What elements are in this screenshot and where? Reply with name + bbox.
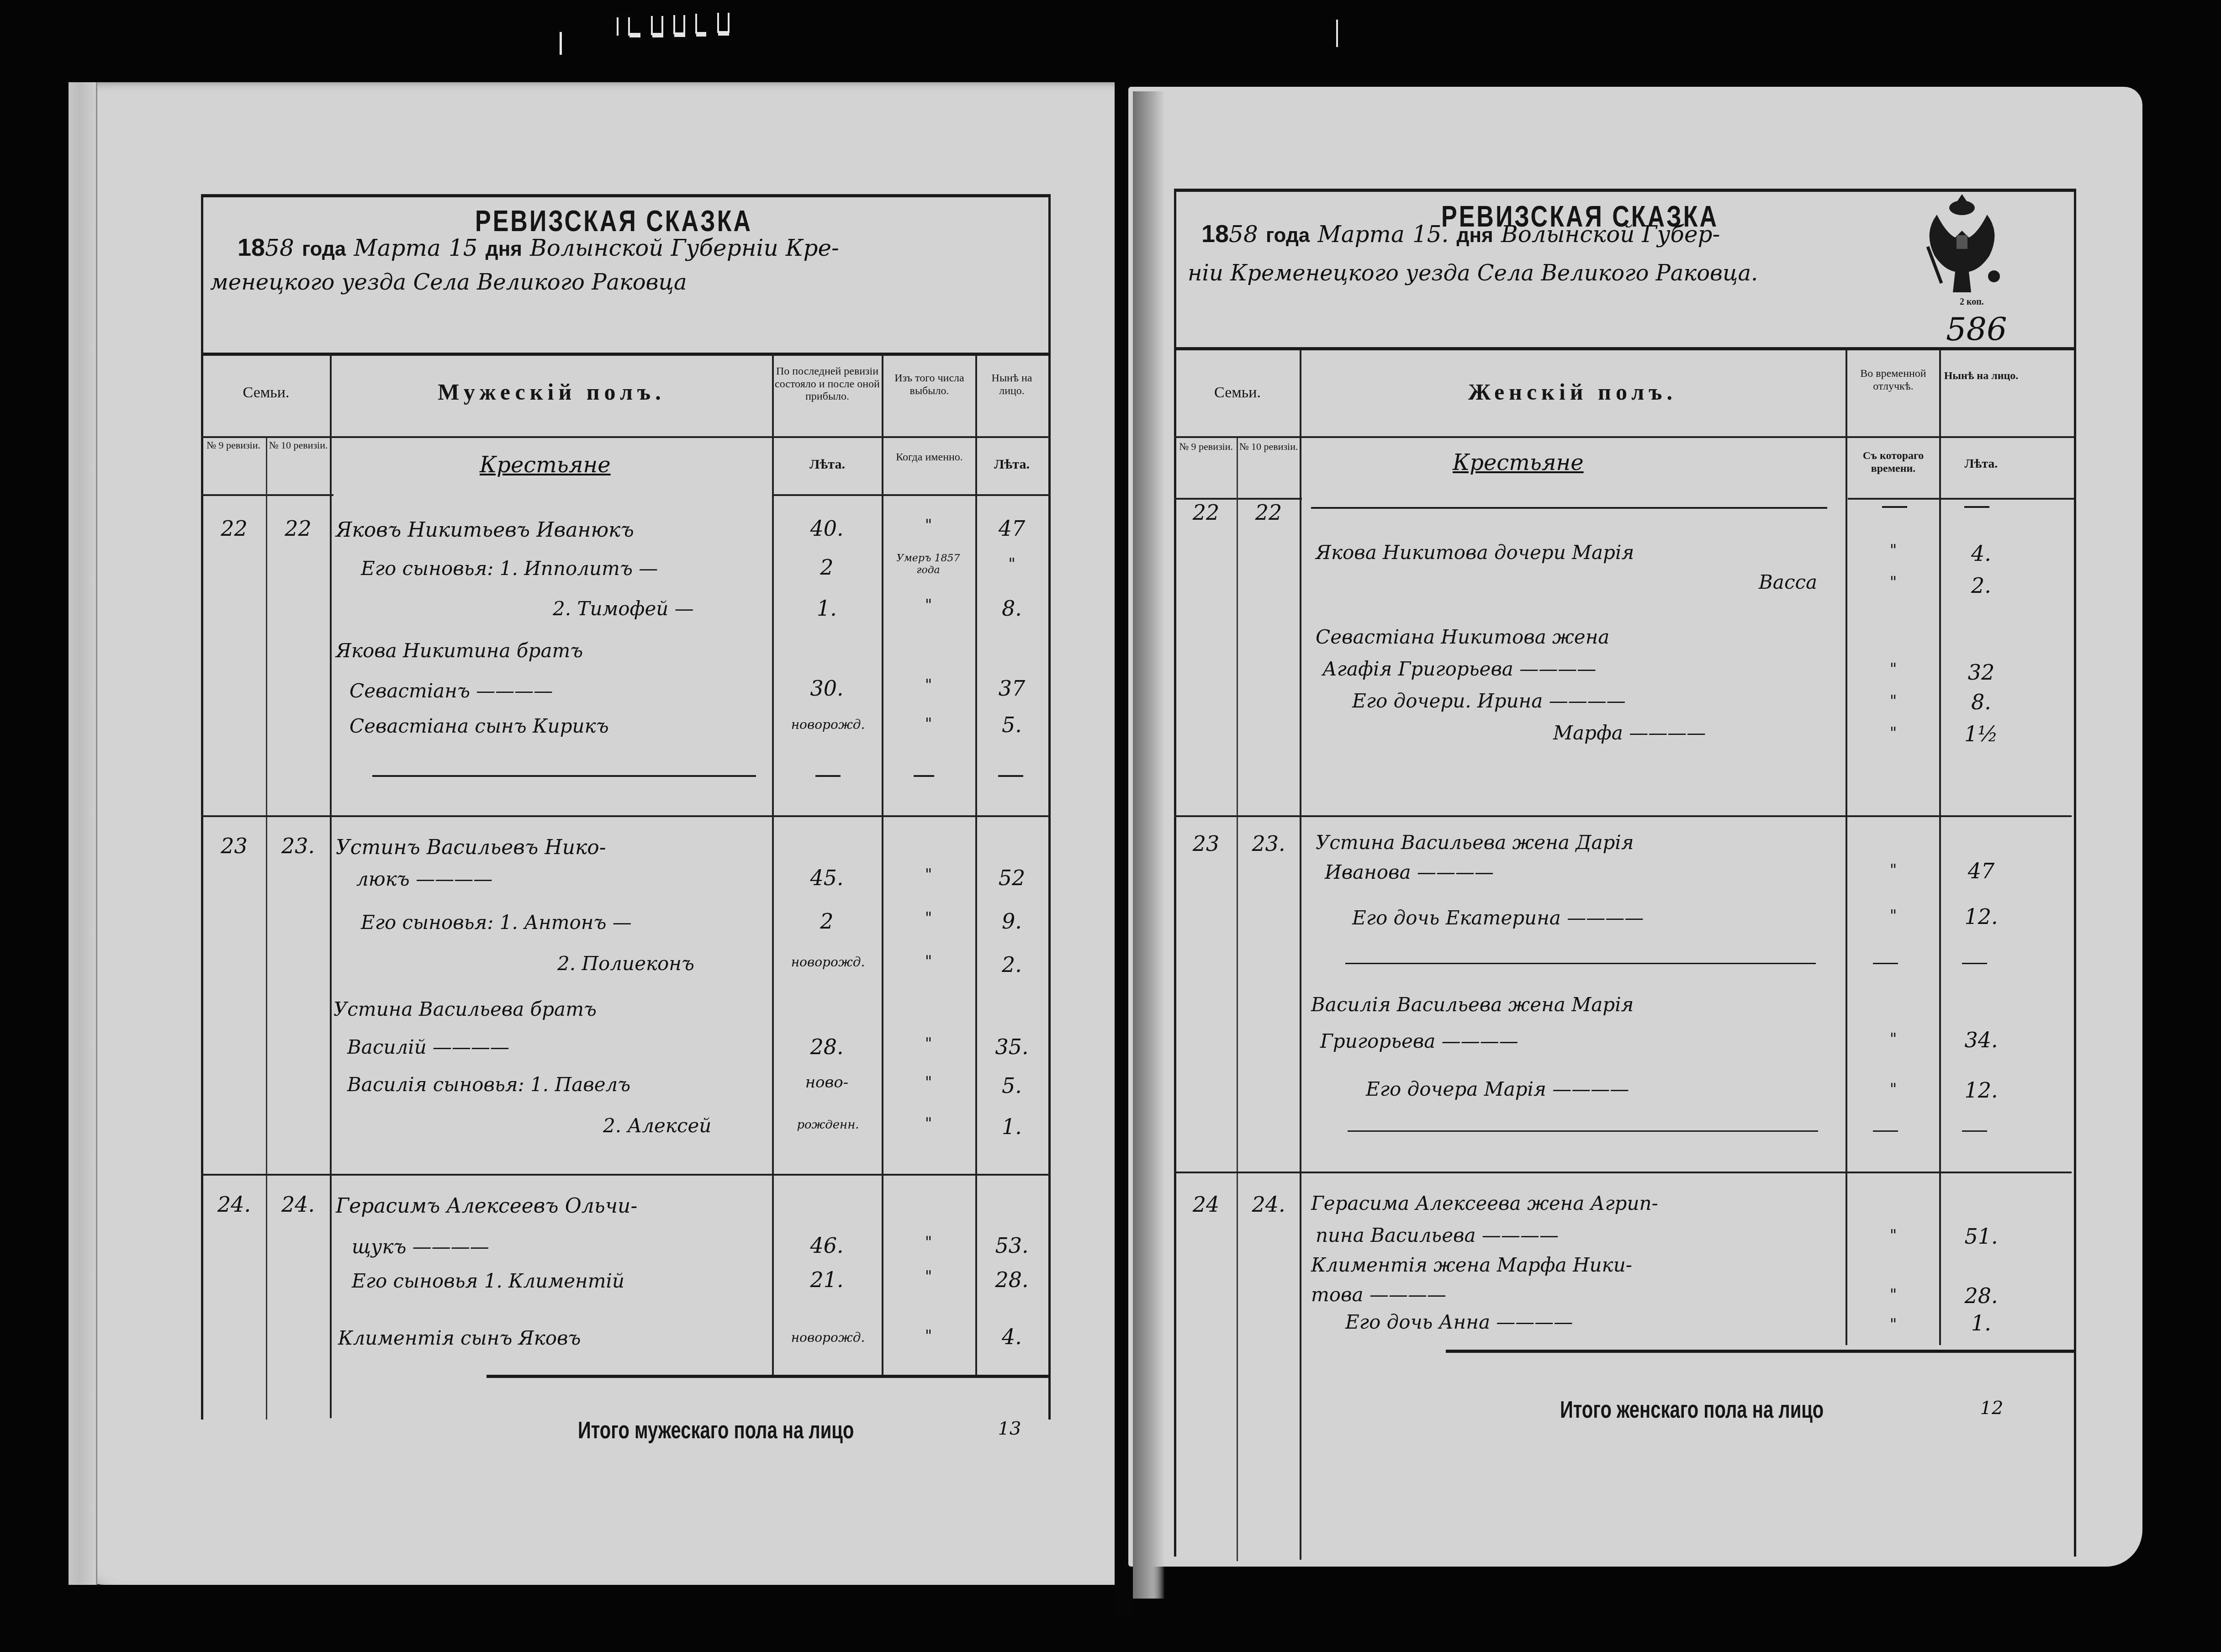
age-last: рожденн.: [774, 1118, 882, 1132]
departed-when: ": [884, 1267, 973, 1286]
closing-dash: [1962, 1130, 1987, 1132]
absent-since: ": [1849, 1226, 1938, 1245]
person-name: пина Васильева ————: [1316, 1224, 1559, 1246]
closing-line: [1345, 963, 1816, 964]
rev10-number: 23.: [270, 834, 327, 858]
left-col-divider: [882, 354, 883, 1377]
film-mark: [695, 14, 697, 34]
sheet-number: 586: [1946, 311, 2007, 348]
age-last: 1.: [774, 596, 879, 621]
male-total-label: Итого мужескаго пола на лицо: [578, 1417, 854, 1444]
person-name: Васса: [1759, 571, 1817, 593]
age-now: 8.: [978, 596, 1046, 621]
absent-since: ": [1849, 541, 1938, 559]
col-header-rev9: № 9 ревизіи.: [1176, 441, 1236, 452]
left-family-separator: [201, 815, 1051, 817]
closing-line: [1311, 507, 1827, 509]
person-name: Марфа ————: [1553, 722, 1706, 744]
year-written: 58: [265, 235, 294, 261]
year-written: 58: [1229, 221, 1258, 248]
departed-when: ": [884, 1327, 973, 1345]
person-name: Василій ————: [347, 1036, 509, 1058]
closing-dash: [1873, 963, 1898, 964]
absent-since: ": [1849, 573, 1938, 591]
right-top-rule: [1174, 189, 2076, 192]
person-name: Его сыновья 1. Климентій: [352, 1270, 624, 1292]
absent-since: ": [1849, 692, 1938, 710]
estate-label: Крестьяне: [480, 452, 611, 478]
female-total-value: 12: [1973, 1398, 2010, 1419]
right-col-divider: [1237, 438, 1238, 1561]
col-header-absent: Во временной отлучкѣ.: [1849, 368, 1938, 393]
left-heading-line2: менецкого уезда Села Великого Раковца: [210, 269, 687, 295]
age-now: 28.: [978, 1267, 1046, 1292]
day: 15.: [1412, 221, 1449, 248]
absent-since: ": [1849, 724, 1938, 742]
departed-when: ": [884, 715, 973, 733]
double-headed-eagle-stamp-icon: [1916, 192, 2008, 297]
person-name: Агафія Григорьева ————: [1322, 658, 1596, 680]
person-name: това ————: [1311, 1283, 1446, 1306]
age-now: 9.: [978, 909, 1046, 934]
film-mark: [651, 16, 653, 35]
age-now: 35.: [978, 1034, 1046, 1059]
day-label: дня: [1457, 224, 1493, 247]
person-name: щукъ ————: [352, 1235, 489, 1258]
departed-when: ": [884, 1114, 973, 1133]
left-total-rule: [487, 1375, 1051, 1378]
age-now: 53.: [978, 1233, 1046, 1258]
right-col-divider: [1300, 349, 1301, 1560]
person-name: 2. Алексей: [603, 1114, 711, 1137]
age-now: 5.: [978, 1073, 1046, 1098]
heading-place: Волынской Губер-: [1501, 221, 1720, 248]
left-header-mid-rule: [201, 436, 1051, 438]
col-header-sex: Женскій полъ.: [1302, 379, 1843, 406]
day: 15: [449, 235, 478, 261]
departed-when: ": [884, 596, 973, 614]
age-last: новорожд.: [774, 955, 882, 970]
film-mark: [617, 17, 619, 36]
age-now: 34.: [1942, 1028, 2020, 1052]
col-header-when: Когда именно.: [885, 451, 974, 464]
closing-dash: [1882, 506, 1907, 508]
right-subheader-rule: [1174, 498, 1302, 500]
left-top-rule: [201, 194, 1051, 197]
col-header-since: Съ котораго времени.: [1849, 450, 1938, 475]
right-family-separator: [1174, 1172, 2072, 1173]
age-last: 45.: [774, 866, 879, 890]
rev10-number: 22: [270, 516, 327, 541]
departed-when: ": [884, 516, 973, 534]
col-header-years: Лѣта.: [1942, 457, 2020, 471]
age-now: 28.: [1942, 1283, 2020, 1308]
person-name: Яковъ Никитьевъ Иванюкъ: [336, 518, 634, 542]
age-last: 28.: [774, 1034, 879, 1059]
col-header-years2: Лѣта.: [978, 457, 1046, 473]
rev9-number: 22: [1176, 500, 1236, 525]
person-name: Севастіанъ ————: [349, 680, 553, 702]
year-printed: 18: [238, 234, 265, 261]
heading-place: Волынской Губерніи Кре-: [530, 235, 839, 261]
month: Марта: [354, 235, 441, 261]
age-now: 1.: [978, 1114, 1046, 1139]
departed-when: ": [884, 1073, 973, 1092]
col-header-rev9: № 9 ревизіи.: [202, 439, 265, 451]
age-last: новорожд.: [774, 1330, 882, 1345]
age-now: 4.: [978, 1325, 1046, 1349]
person-name: Устина Васильева жена Дарія: [1316, 831, 1634, 854]
left-subheader-rule-right: [772, 494, 1051, 496]
left-col-divider: [330, 354, 332, 1418]
col-header-present: Нынѣ на лицо.: [978, 372, 1046, 397]
rev10-number: 23.: [1239, 831, 1298, 856]
left-header-top-rule: [201, 353, 1051, 356]
film-mark: [674, 32, 685, 37]
left-col-divider: [772, 354, 774, 1377]
col-header-rev10: № 10 ревизіи.: [268, 439, 328, 451]
film-mark: [728, 13, 730, 33]
left-col-divider: [266, 438, 267, 1420]
year-label: года: [1266, 224, 1310, 247]
left-subheader-rule: [201, 494, 333, 496]
film-mark: [661, 16, 663, 35]
day-label: дня: [486, 238, 522, 260]
person-name: Его дочь Екатерина ————: [1352, 907, 1644, 929]
right-heading-line2: ніи Кременецкого уезда Села Великого Рак…: [1188, 260, 1758, 286]
right-col-divider: [1846, 349, 1847, 1345]
person-name: Его дочера Марія ————: [1366, 1078, 1629, 1100]
age-now: 1.: [1942, 1311, 2020, 1335]
film-mark: [652, 33, 663, 37]
person-name: Герасимъ Алексеевъ Ольчи-: [336, 1194, 637, 1218]
rev10-number: 24.: [270, 1192, 327, 1217]
col-header-years: Лѣта.: [774, 457, 880, 473]
month: Марта: [1318, 221, 1405, 248]
rev9-number: 24.: [206, 1192, 263, 1217]
film-mark: [560, 32, 562, 55]
absent-since: ": [1849, 907, 1938, 925]
person-name: Климентія жена Марфа Ники-: [1311, 1254, 1632, 1276]
col-header-last-revision: По последней ревизіи состояло и после он…: [774, 365, 880, 403]
male-total-value: 13: [991, 1418, 1028, 1439]
col-header-present: Нынѣ на лицо.: [1942, 370, 2020, 383]
closing-dash: [815, 775, 841, 777]
estate-label: Крестьяне: [1453, 450, 1584, 475]
person-name: Севастіана сынъ Кирикъ: [349, 715, 609, 737]
departed-when: ": [884, 1233, 973, 1251]
film-mark: [1336, 20, 1338, 47]
departed-when: ": [884, 952, 973, 971]
film-mark: [683, 15, 685, 34]
rev10-number: 22: [1239, 500, 1298, 525]
age-now: 47: [978, 516, 1046, 541]
page-stack-edge: [69, 82, 97, 1585]
person-name: Севастіана Никитова жена: [1316, 626, 1609, 648]
age-last: 2: [774, 555, 879, 580]
film-mark: [673, 15, 675, 34]
female-total-label: Итого женскаго пола на лицо: [1560, 1397, 1824, 1424]
absent-since: ": [1849, 861, 1938, 879]
year-label: года: [302, 238, 346, 260]
age-now: 4.: [1942, 541, 2020, 566]
age-last: 30.: [774, 676, 879, 701]
left-col-divider: [975, 354, 977, 1377]
film-mark: [717, 13, 719, 33]
departed-when: ": [884, 866, 973, 884]
closing-dash: [914, 775, 934, 777]
departed-when: Умеръ 1857 года: [885, 553, 972, 577]
person-name: Его дочери. Ирина ————: [1352, 690, 1626, 712]
rev9-number: 22: [206, 516, 263, 541]
age-now: ": [978, 555, 1046, 573]
left-family-separator: [201, 1174, 1051, 1176]
stamp-value: 2 коп.: [1960, 297, 1984, 307]
right-total-rule: [1446, 1350, 2074, 1353]
person-name: Его дочь Анна ————: [1345, 1311, 1573, 1333]
person-name: Его сыновья: 1. Антонъ —: [361, 911, 632, 934]
age-now: 2.: [978, 952, 1046, 977]
departed-when: ": [884, 676, 973, 694]
departed-when: ": [884, 1034, 973, 1053]
rev9-number: 23: [1176, 831, 1236, 856]
absent-since: ": [1849, 1030, 1938, 1048]
right-heading-line1: 1858 года Марта 15. дня Волынской Губер-: [1201, 219, 1720, 248]
rev10-number: 24.: [1239, 1192, 1298, 1217]
absent-since: ": [1849, 1315, 1938, 1334]
absent-since: ": [1849, 660, 1938, 678]
age-now: 51.: [1942, 1224, 2020, 1249]
person-name: Василія Васильева жена Марія: [1311, 993, 1634, 1016]
col-header-family: Семьи.: [1176, 384, 1299, 401]
col-header-departed: Изъ того числа выбыло.: [885, 372, 974, 397]
age-now: 12.: [1942, 904, 2020, 929]
age-last: 2: [774, 909, 879, 934]
closing-dash: [998, 775, 1023, 777]
year-printed: 18: [1201, 220, 1229, 248]
person-name: Устина Васильева братъ: [333, 998, 597, 1020]
person-name: люкъ ————: [356, 868, 492, 890]
left-heading-line1: 1858 года Марта 15 дня Волынской Губерні…: [238, 233, 839, 262]
col-header-rev10: № 10 ревизіи.: [1239, 441, 1298, 452]
rev9-number: 24: [1176, 1192, 1236, 1217]
person-name: Климентія сынъ Яковъ: [338, 1327, 581, 1349]
person-name: 2. Тимофей —: [553, 597, 694, 620]
person-name: Якова Никитина братъ: [336, 639, 583, 662]
absent-since: ": [1849, 1080, 1938, 1098]
age-now: 5.: [978, 713, 1046, 737]
person-name: 2. Полиеконъ: [557, 952, 694, 975]
person-name: Устинъ Васильевъ Нико-: [336, 836, 606, 859]
age-now: 2.: [1942, 573, 2020, 598]
film-mark: [696, 32, 706, 37]
right-family-separator: [1174, 815, 2072, 817]
person-name: Его сыновья: 1. Ипполитъ —: [361, 557, 658, 580]
gutter-shadow: [1133, 91, 1165, 1599]
age-last: новорожд.: [774, 717, 882, 732]
departed-when: ": [884, 909, 973, 927]
film-mark: [629, 33, 640, 37]
closing-dash: [1962, 963, 1987, 964]
person-name: Григорьева ————: [1320, 1030, 1518, 1052]
age-last: 46.: [774, 1233, 879, 1258]
age-last: ново-: [774, 1073, 879, 1092]
col-header-family: Семьи.: [203, 384, 329, 401]
age-now: 1½: [1942, 722, 2020, 746]
age-now: 8.: [1942, 690, 2020, 714]
rev9-number: 23: [206, 834, 263, 858]
person-name: Василія сыновья: 1. Павелъ: [347, 1073, 630, 1096]
person-name: Герасима Алексеева жена Агрип-: [1311, 1192, 1658, 1214]
age-now: 32: [1942, 660, 2020, 685]
age-now: 52: [978, 866, 1046, 890]
person-name: Якова Никитова дочери Марія: [1316, 541, 1634, 564]
age-now: 37: [978, 676, 1046, 701]
age-last: 21.: [774, 1267, 879, 1292]
closing-dash: [1873, 1130, 1898, 1132]
film-mark: [718, 31, 729, 36]
closing-line: [1348, 1130, 1818, 1132]
person-name: Иванова ————: [1325, 861, 1494, 883]
age-now: 12.: [1942, 1078, 2020, 1103]
age-last: 40.: [774, 516, 879, 541]
age-now: 47: [1942, 859, 2020, 883]
closing-line: [372, 775, 756, 777]
closing-dash: [1964, 506, 1989, 508]
absent-since: ": [1849, 1286, 1938, 1304]
right-subheader-rule-right: [1848, 498, 2074, 500]
col-header-sex: Мужескій полъ.: [333, 379, 770, 406]
right-col-divider: [1939, 349, 1941, 1345]
